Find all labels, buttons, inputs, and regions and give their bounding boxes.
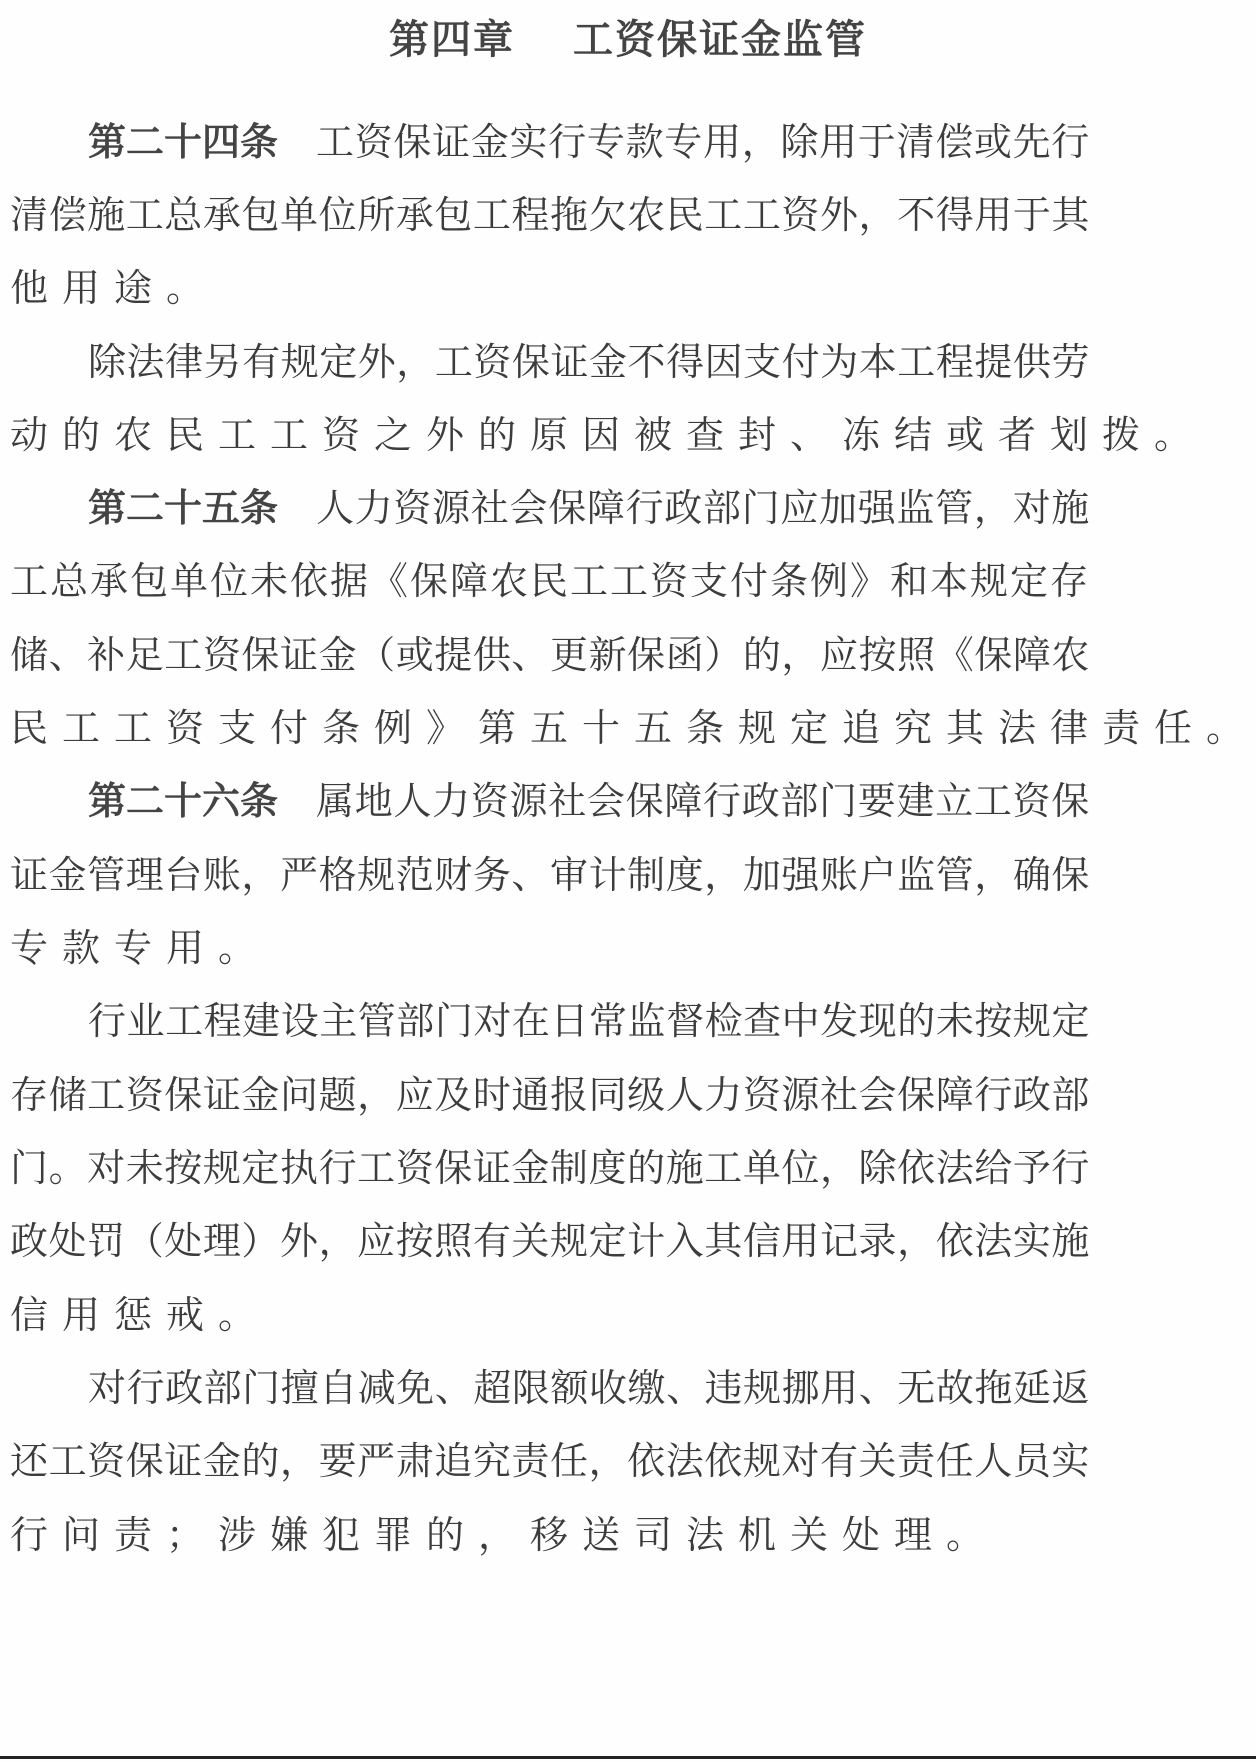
paragraph-line: 民工工资支付条例》第五十五条规定追究其法律责任。 [10, 703, 1090, 753]
text-line: 行业工程建设主管部门对在日常监督检查中发现的未按规定 [88, 996, 1090, 1046]
paragraph-line: 证金管理台账，严格规范财务、审计制度，加强账户监管，确保 [10, 850, 1090, 900]
paragraph-line: 对行政部门擅自减免、超限额收缴、违规挪用、无故拖延返 [88, 1363, 1090, 1413]
paragraph-line: 门。对未按规定执行工资保证金制度的施工单位，除依法给予行 [10, 1143, 1090, 1193]
paragraph-line: 除法律另有规定外，工资保证金不得因支付为本工程提供劳 [88, 337, 1090, 387]
text-line: 存储工资保证金问题，应及时通报同级人力资源社会保障行政部 [10, 1070, 1090, 1120]
paragraph-line: 行业工程建设主管部门对在日常监督检查中发现的未按规定 [88, 996, 1090, 1046]
text-line: 除法律另有规定外，工资保证金不得因支付为本工程提供劳 [88, 337, 1090, 387]
text-line: 储、补足工资保证金（或提供、更新保函）的，应按照《保障农 [10, 630, 1090, 680]
paragraph-line: 第二十六条 属地人力资源社会保障行政部门要建立工资保 [88, 776, 1090, 826]
text-line: 对行政部门擅自减免、超限额收缴、违规挪用、无故拖延返 [88, 1363, 1090, 1413]
paragraph-line: 清偿施工总承包单位所承包工程拖欠农民工工资外，不得用于其 [10, 190, 1090, 240]
text-line: 民工工资支付条例》第五十五条规定追究其法律责任。 [10, 703, 1256, 753]
paragraph-line: 动的农民工工资之外的原因被查封、冻结或者划拨。 [10, 410, 1090, 460]
paragraph-line: 工总承包单位未依据《保障农民工工资支付条例》和本规定存 [10, 556, 1090, 606]
paragraph-line: 行问责；涉嫌犯罪的，移送司法机关处理。 [10, 1510, 1090, 1560]
paragraph-line: 储、补足工资保证金（或提供、更新保函）的，应按照《保障农 [10, 630, 1090, 680]
paragraph-line: 第二十四条 工资保证金实行专款专用，除用于清偿或先行 [88, 117, 1090, 167]
page-bottom-edge [0, 1756, 1256, 1759]
paragraph-line: 信用惩戒。 [10, 1290, 1090, 1340]
text-line: 专款专用。 [10, 923, 270, 973]
text-line: 属地人力资源社会保障行政部门要建立工资保 [316, 776, 1090, 826]
paragraph-line: 他用途。 [10, 263, 1090, 313]
text-line: 清偿施工总承包单位所承包工程拖欠农民工工资外，不得用于其 [10, 190, 1090, 240]
article-number: 第二十五条 [88, 483, 278, 533]
text-line: 证金管理台账，严格规范财务、审计制度，加强账户监管，确保 [10, 850, 1090, 900]
paragraph-line: 存储工资保证金问题，应及时通报同级人力资源社会保障行政部 [10, 1070, 1090, 1120]
paragraph-line: 政处罚（处理）外，应按照有关规定计入其信用记录，依法实施 [10, 1216, 1090, 1266]
article-number: 第二十四条 [88, 117, 278, 167]
text-line: 政处罚（处理）外，应按照有关规定计入其信用记录，依法实施 [10, 1216, 1090, 1266]
text-line: 人力资源社会保障行政部门应加强监管，对施 [316, 483, 1090, 533]
text-line: 动的农民工工资之外的原因被查封、冻结或者划拨。 [10, 410, 1206, 460]
article-number: 第二十六条 [88, 776, 278, 826]
text-line: 工资保证金实行专款专用，除用于清偿或先行 [316, 117, 1090, 167]
paragraph-line: 还工资保证金的，要严肃追究责任，依法依规对有关责任人员实 [10, 1436, 1090, 1486]
text-line: 信用惩戒。 [10, 1290, 270, 1340]
text-line: 工总承包单位未依据《保障农民工工资支付条例》和本规定存 [10, 556, 1090, 606]
text-line: 他用途。 [10, 263, 218, 313]
paragraph-line: 第二十五条 人力资源社会保障行政部门应加强监管，对施 [88, 483, 1090, 533]
text-line: 还工资保证金的，要严肃追究责任，依法依规对有关责任人员实 [10, 1436, 1090, 1486]
paragraph-line: 专款专用。 [10, 923, 1090, 973]
text-line: 门。对未按规定执行工资保证金制度的施工单位，除依法给予行 [10, 1143, 1090, 1193]
chapter-title: 第四章 工资保证金监管 [0, 8, 1256, 65]
document-page: 第四章 工资保证金监管 第二十四条 工资保证金实行专款专用，除用于清偿或先行 清… [0, 0, 1256, 1762]
text-line: 行问责；涉嫌犯罪的，移送司法机关处理。 [10, 1510, 998, 1560]
